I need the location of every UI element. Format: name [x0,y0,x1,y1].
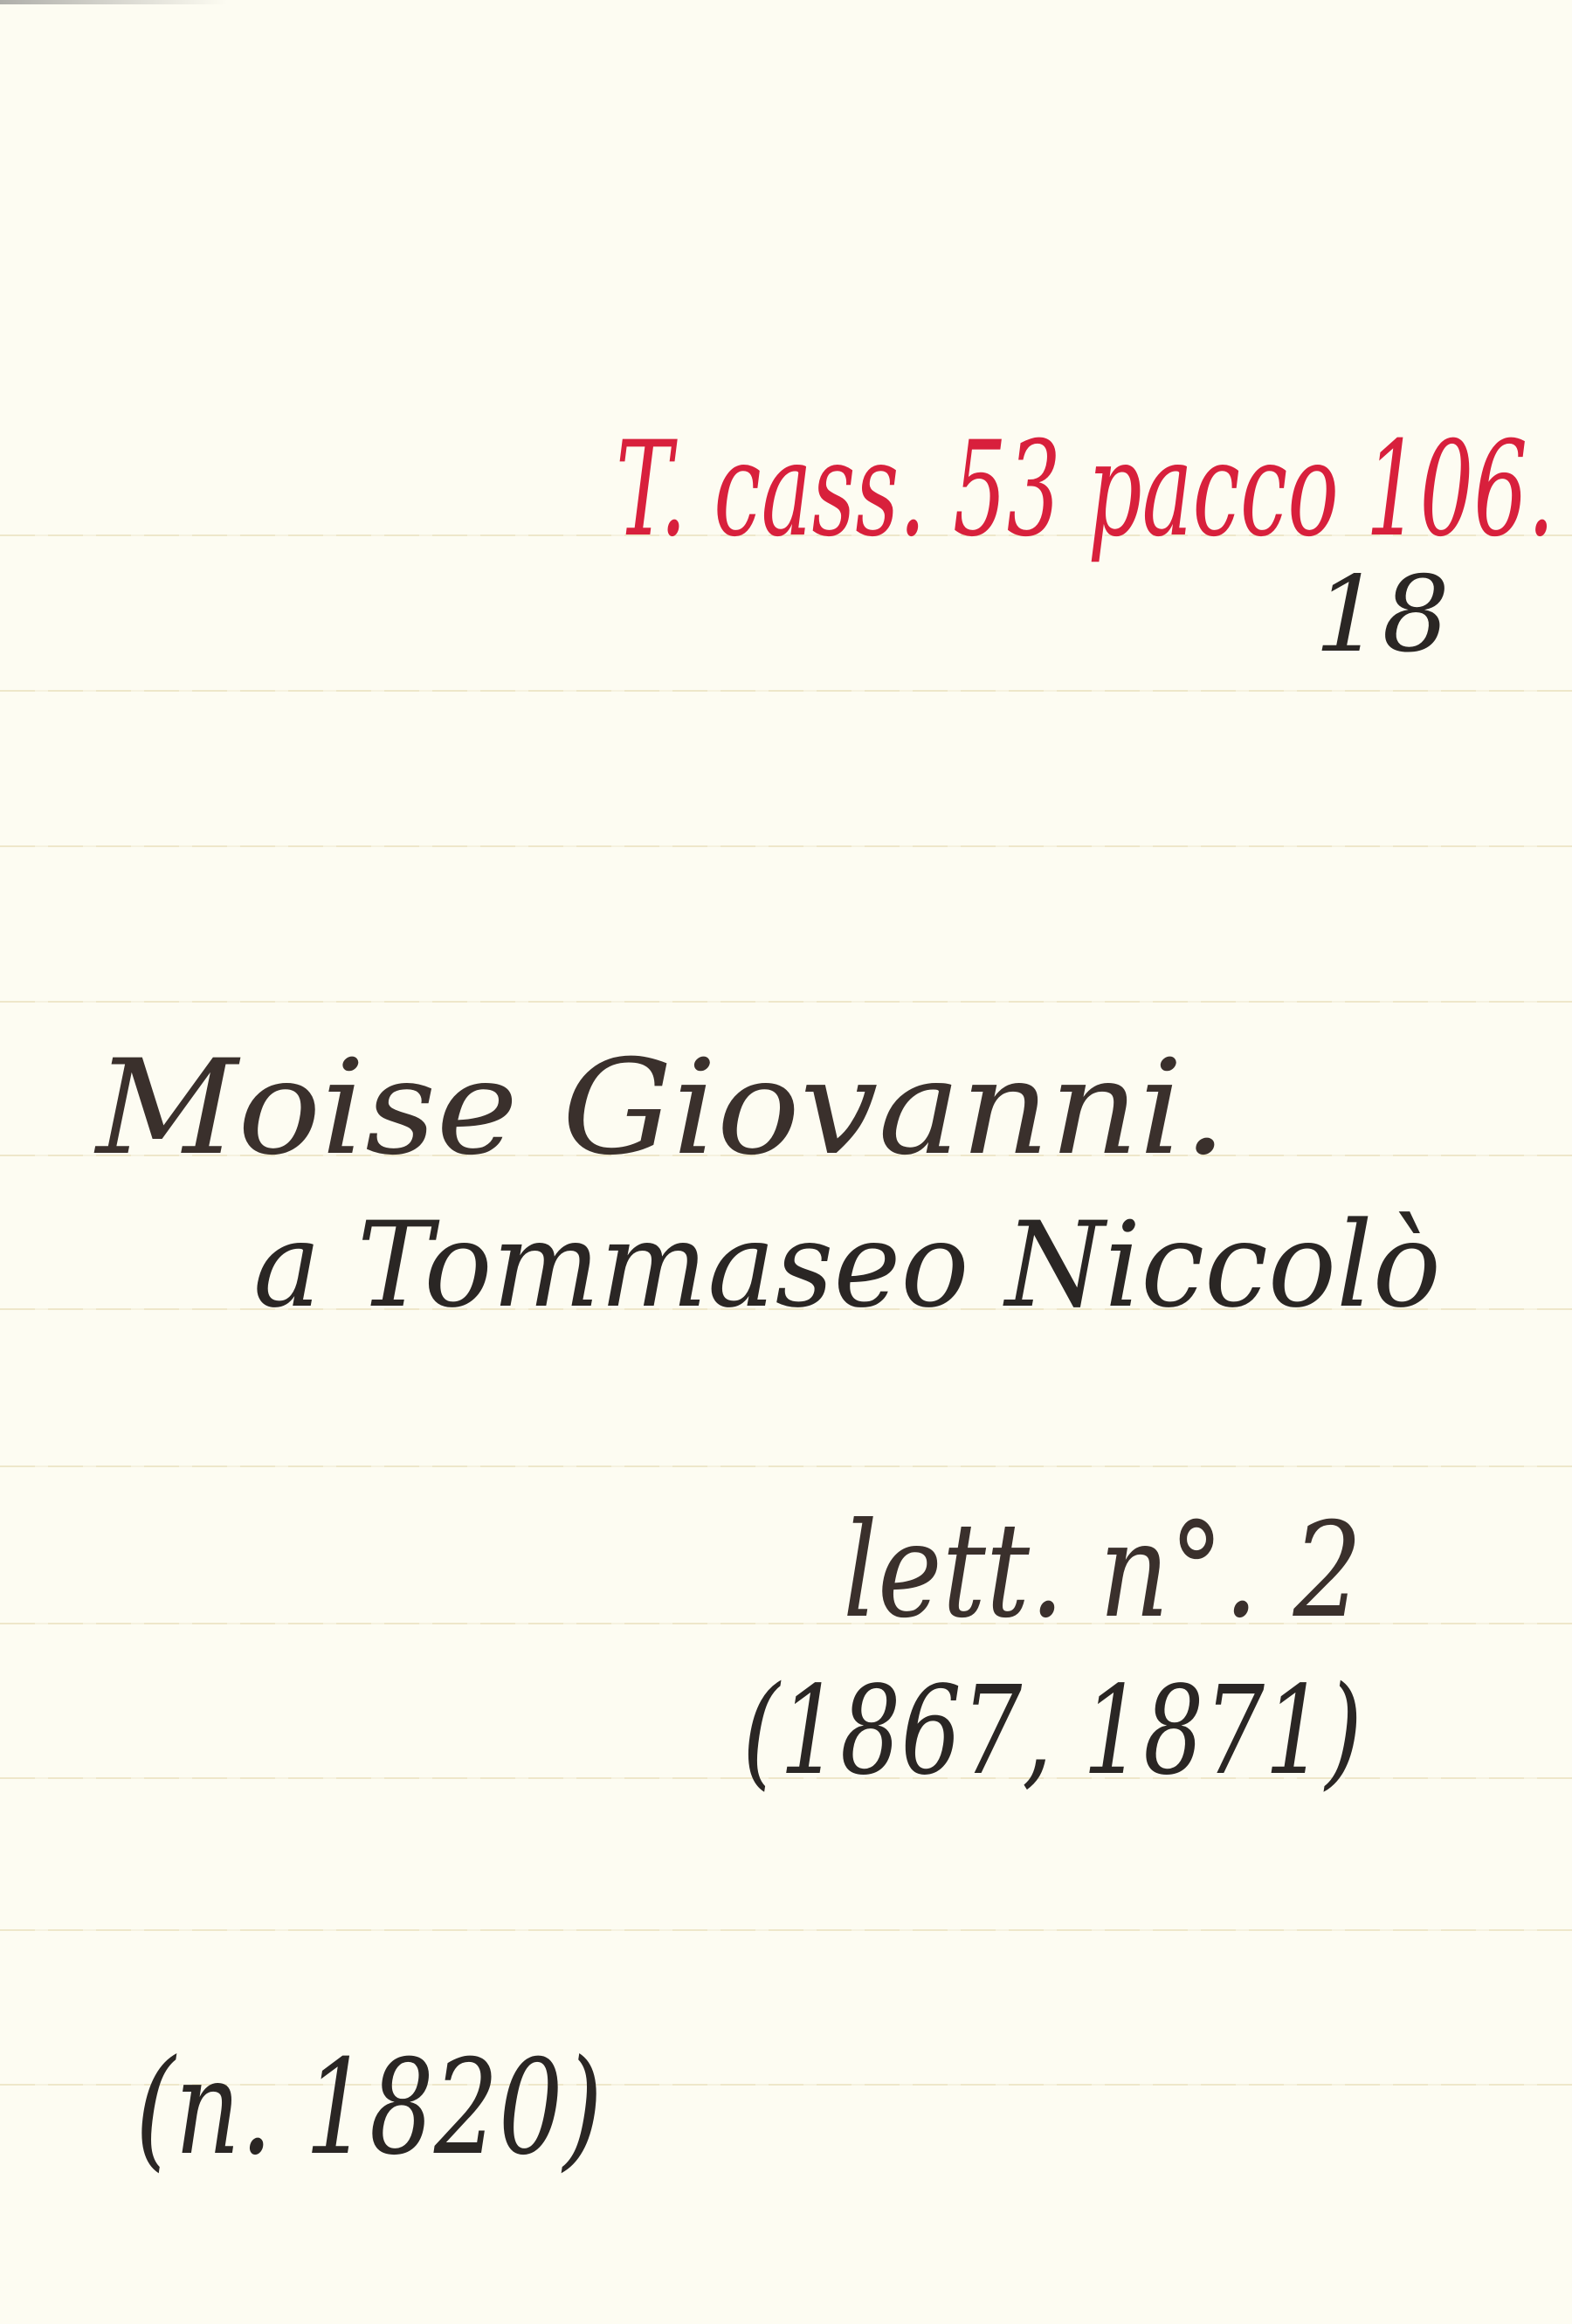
letter-count: lett. n°. 2 [843,1495,1362,1647]
handwriting-layer: T. cass. 53 pacco 106. 18 Moise Giovanni… [0,0,1572,2324]
birth-year-note: (n. 1820) [135,2032,603,2184]
sender-name: Moise Giovanni. [93,1032,1227,1184]
letter-date-range: (1867, 1871) [742,1660,1362,1803]
archive-index-card: T. cass. 53 pacco 106. 18 Moise Giovanni… [0,0,1572,2324]
item-number: 18 [1314,555,1450,676]
recipient-name: a Tommaseo Niccolò [253,1196,1441,1334]
archive-reference: T. cass. 53 pacco 106. [616,414,1555,566]
